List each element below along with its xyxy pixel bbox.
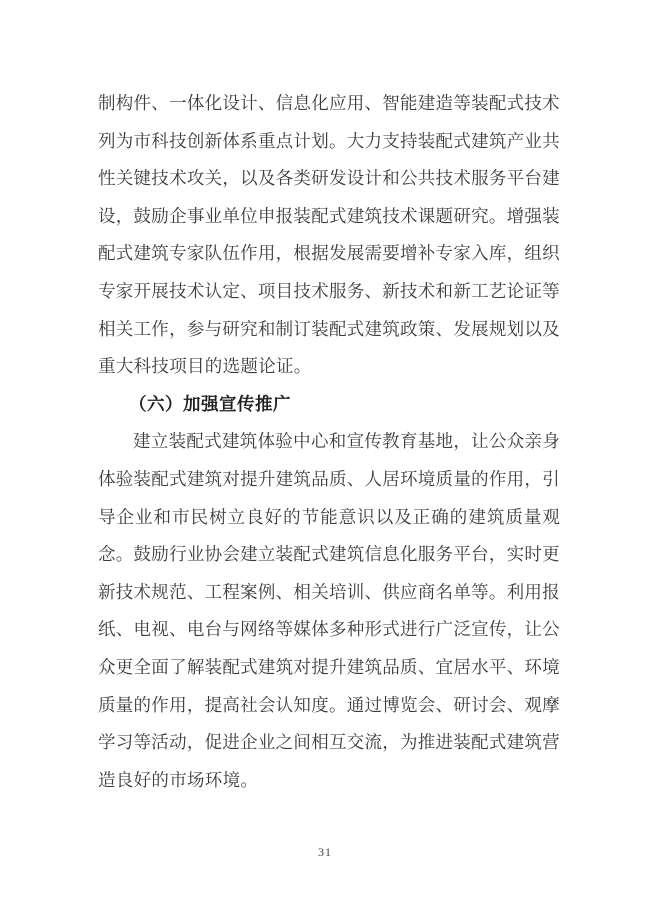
text-line: 配式建筑专家队伍作用，根据发展需要增补专家入库，组织 — [98, 235, 560, 273]
text-line: 念。鼓励行业协会建立装配式建筑信息化服务平台，实时更 — [98, 536, 560, 574]
text-line: 重大科技项目的选题论证。 — [98, 348, 560, 386]
text-line: 制构件、一体化设计、信息化应用、智能建造等装配式技术 — [98, 85, 560, 123]
text-line: 导企业和市民树立良好的节能意识以及正确的建筑质量观 — [98, 499, 560, 537]
text-line: 新技术规范、工程案例、相关培训、供应商名单等。利用报 — [98, 574, 560, 612]
section-6-heading: （六）加强宣传推广 — [98, 386, 560, 424]
page-number: 31 — [0, 845, 650, 860]
text-column: 制构件、一体化设计、信息化应用、智能建造等装配式技术 列为市科技创新体系重点计划… — [98, 85, 560, 799]
text-line: 体验装配式建筑对提升建筑品质、人居环境质量的作用，引 — [98, 461, 560, 499]
text-line: 相关工作，参与研究和制订装配式建筑政策、发展规划以及 — [98, 311, 560, 349]
text-line: 造良好的市场环境。 — [98, 762, 560, 800]
document-page: 制构件、一体化设计、信息化应用、智能建造等装配式技术 列为市科技创新体系重点计划… — [0, 0, 650, 919]
text-line: 纸、电视、电台与网络等媒体多种形式进行广泛宣传，让公 — [98, 611, 560, 649]
text-line: 众更全面了解装配式建筑对提升建筑品质、宜居水平、环境 — [98, 649, 560, 687]
text-line: 学习等活动，促进企业之间相互交流，为推进装配式建筑营 — [98, 724, 560, 762]
text-line: 质量的作用，提高社会认知度。通过博览会、研讨会、观摩 — [98, 687, 560, 725]
text-line: 设，鼓励企事业单位申报装配式建筑技术课题研究。增强装 — [98, 198, 560, 236]
text-line: 性关键技术攻关，以及各类研发设计和公共技术服务平台建 — [98, 160, 560, 198]
text-line: 建立装配式建筑体验中心和宣传教育基地，让公众亲身 — [98, 423, 560, 461]
text-line: 专家开展技术认定、项目技术服务、新技术和新工艺论证等 — [98, 273, 560, 311]
text-line: 列为市科技创新体系重点计划。大力支持装配式建筑产业共 — [98, 123, 560, 161]
